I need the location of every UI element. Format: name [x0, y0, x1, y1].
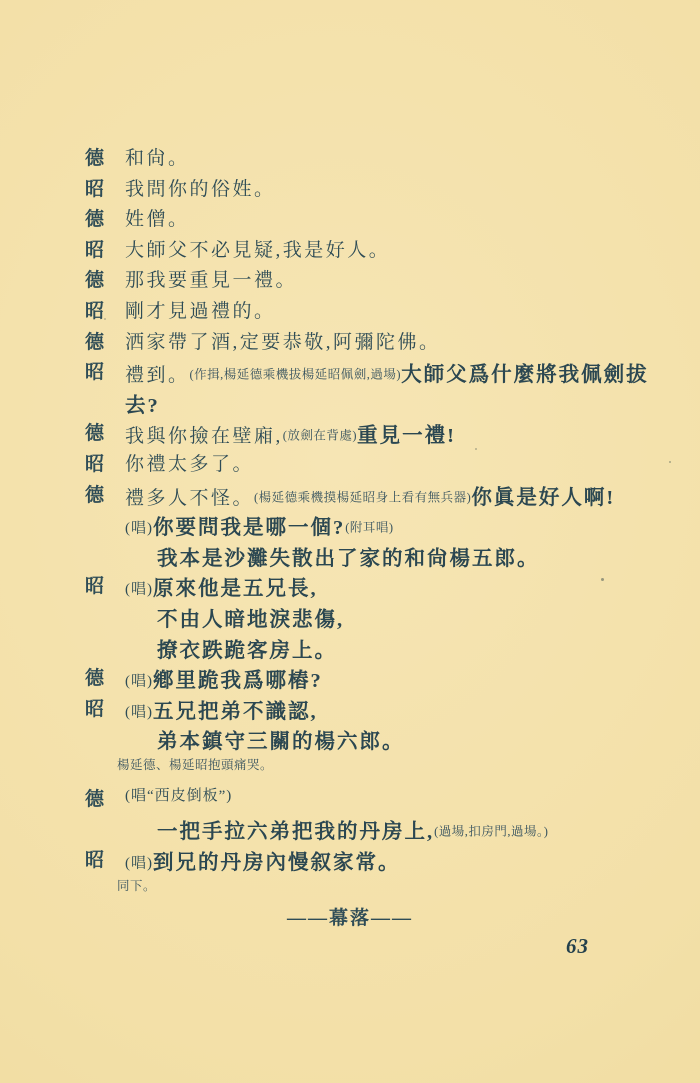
script-line: 德我與你撿在壁廂,(放劍在背處)重見一禮! — [0, 418, 700, 449]
script-line: 德(唱)鄕里跪我爲哪樁? — [0, 663, 700, 694]
speaker-label: 德 — [85, 480, 104, 507]
dialogue-text: 我與你撿在壁廂, — [125, 426, 283, 447]
script-line: 昭禮到。(作揖,楊延德乘機拔楊延昭佩劍,過場)大師父爲什麼將我佩劍拔 — [0, 357, 700, 388]
stage-note-text: (放劍在背處) — [283, 429, 357, 443]
stage-note-text: (作揖,楊延德乘機拔楊延昭佩劍,過場) — [190, 368, 402, 382]
script-line: 昭你禮太多了。 — [0, 449, 700, 480]
speaker-label: 昭 — [85, 449, 104, 476]
sing-marker: (唱) — [125, 674, 153, 690]
sing-marker: (唱) — [125, 582, 153, 598]
script-line: 德(唱“西皮倒板”) — [0, 784, 700, 815]
stage-direction-line: 楊延德、楊延昭抱頭痛哭。 — [0, 755, 700, 784]
sing-marker: (唱) — [125, 856, 153, 872]
scan-speck — [669, 461, 671, 463]
stage-note-text: 同下。 — [117, 879, 156, 893]
dialogue-text: 洒家帶了酒,定要恭敬,阿彌陀佛。 — [125, 332, 441, 353]
speaker-label: 昭 — [85, 694, 104, 721]
script-line: 弟本鎮守三關的楊六郎。 — [0, 724, 700, 755]
script-line: 昭(唱)原來他是五兄長, — [0, 571, 700, 602]
speaker-label: 德 — [85, 143, 104, 170]
stage-note-text: 楊延德、楊延昭抱頭痛哭。 — [117, 758, 273, 772]
sing-marker: (唱) — [125, 521, 153, 537]
stage-note-text: (楊延德乘機摸楊延昭身上看有無兵器) — [254, 490, 471, 504]
speaker-label: 昭 — [85, 296, 104, 323]
scan-speck — [601, 578, 604, 581]
sung-text: 你要問我是哪一個? — [153, 517, 345, 539]
speaker-label: 德 — [85, 265, 104, 292]
script-line: 去? — [0, 388, 700, 419]
speaker-label: 昭 — [85, 357, 104, 384]
script-line: 撩衣跌跪客房上。 — [0, 633, 700, 664]
dialogue-text: 禮到。 — [125, 365, 190, 386]
speaker-label: 德 — [85, 327, 104, 354]
speaker-label: 德 — [85, 418, 104, 445]
speaker-label: 德 — [85, 204, 104, 231]
script-line: 德姓僧。 — [0, 204, 700, 235]
stage-note-text: (附耳唱) — [345, 521, 393, 535]
script-line: 昭大師父不必見疑,我是好人。 — [0, 235, 700, 266]
sung-text: 到兄的丹房內慢叙家常。 — [153, 852, 401, 874]
script-line: 德和尙。 — [0, 143, 700, 174]
stage-note-text: (過場,扣房門,過場。) — [434, 825, 548, 839]
sung-text: 鄕里跪我爲哪樁? — [153, 670, 323, 692]
script-line: 不由人暗地淚悲傷, — [0, 602, 700, 633]
stage-direction-line: 同下。 — [0, 876, 700, 905]
script-line: (唱)你要問我是哪一個?(附耳唱) — [0, 510, 700, 541]
sung-text: 不由人暗地淚悲傷, — [157, 609, 344, 631]
speaker-label: 昭 — [85, 174, 104, 201]
scan-speck — [104, 318, 106, 320]
sung-text: 五兄把弟不識認, — [153, 701, 318, 723]
script-line: 德那我要重見一禮。 — [0, 265, 700, 296]
dialogue-text: 姓僧。 — [125, 209, 190, 230]
sung-text: 去? — [125, 395, 160, 417]
script-line: 昭(唱)到兄的丹房內慢叙家常。 — [0, 845, 700, 876]
page-number: 63 — [566, 934, 589, 959]
script-line: 昭(唱)五兄把弟不識認, — [0, 694, 700, 725]
script-line: 昭我問你的俗姓。 — [0, 174, 700, 205]
speaker-label: 德 — [85, 663, 104, 690]
speaker-label: 昭 — [85, 235, 104, 262]
speaker-label: 昭 — [85, 845, 104, 872]
script-line: 一把手拉六弟把我的丹房上,(過場,扣房門,過場。) — [0, 814, 700, 845]
script-line: 德禮多人不怪。(楊延德乘機摸楊延昭身上看有無兵器)你眞是好人啊! — [0, 480, 700, 511]
dialogue-text: 和尙。 — [125, 148, 190, 169]
dialogue-text: 大師父不必見疑,我是好人。 — [125, 240, 390, 261]
sung-text: 一把手拉六弟把我的丹房上, — [157, 821, 434, 843]
script-line: 昭剛才見過禮的。 — [0, 296, 700, 327]
script-lines: 德和尙。昭我問你的俗姓。德姓僧。昭大師父不必見疑,我是好人。德那我要重見一禮。昭… — [0, 143, 700, 905]
speaker-label: 德 — [85, 784, 104, 811]
sing-marker: (唱“西皮倒板”) — [125, 788, 232, 804]
dialogue-text: 那我要重見一禮。 — [125, 270, 297, 291]
sung-text: 原來他是五兄長, — [153, 578, 318, 600]
script-line: 我本是沙灘失散出了家的和尙楊五郎。 — [0, 541, 700, 572]
dialogue-text: 我問你的俗姓。 — [125, 179, 276, 200]
sung-text: 我本是沙灘失散出了家的和尙楊五郎。 — [157, 548, 540, 570]
dialogue-text: 禮多人不怪。 — [125, 488, 254, 509]
sung-text: 撩衣跌跪客房上。 — [157, 640, 337, 662]
scan-speck — [475, 448, 477, 450]
script-page: 德和尙。昭我問你的俗姓。德姓僧。昭大師父不必見疑,我是好人。德那我要重見一禮。昭… — [0, 0, 700, 1083]
sing-marker: (唱) — [125, 704, 153, 720]
dialogue-text: 剛才見過禮的。 — [125, 301, 276, 322]
sung-text: 弟本鎮守三關的楊六郎。 — [157, 731, 405, 753]
speaker-label: 昭 — [85, 571, 104, 598]
sung-text: 你眞是好人啊! — [471, 487, 615, 509]
script-line: 德洒家帶了酒,定要恭敬,阿彌陀佛。 — [0, 327, 700, 358]
dialogue-text: 你禮太多了。 — [125, 454, 254, 475]
sung-text: 重見一禮! — [357, 425, 456, 447]
curtain-fall-marker: ——幕落—— — [0, 903, 700, 930]
sung-text: 大師父爲什麼將我佩劍拔 — [401, 364, 649, 386]
